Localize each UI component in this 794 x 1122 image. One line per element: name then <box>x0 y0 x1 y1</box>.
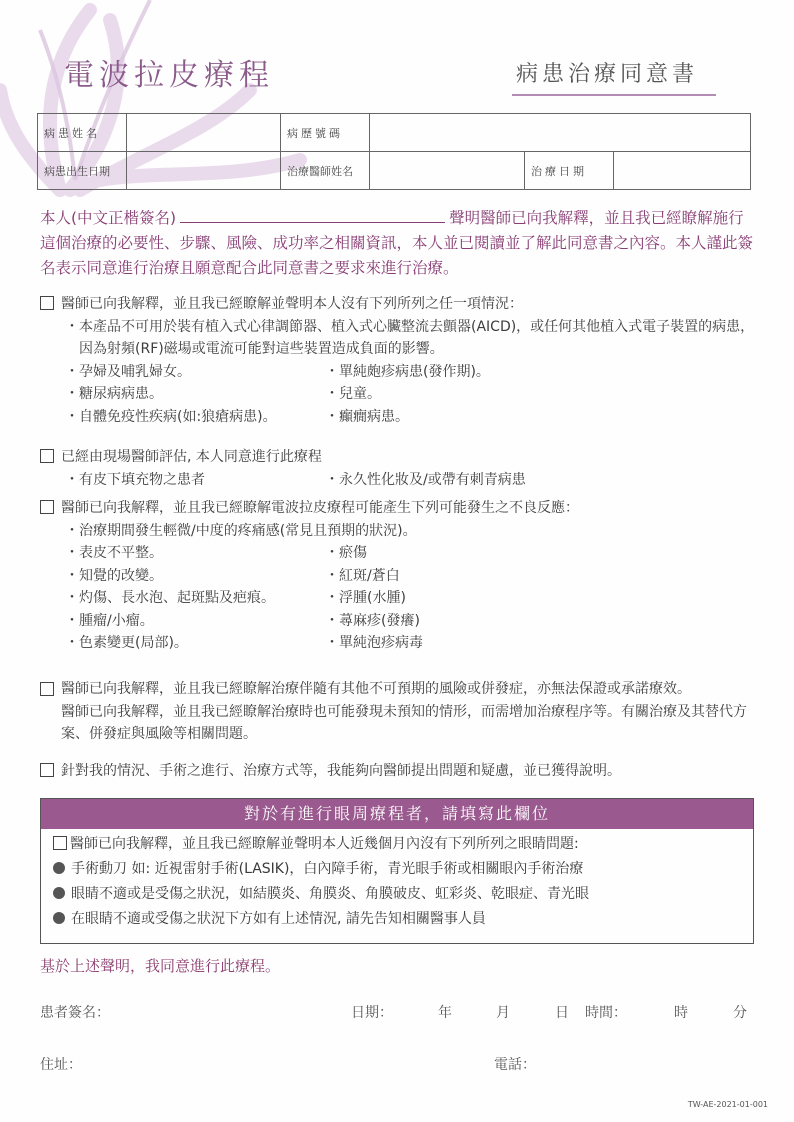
list-item: 紅斑/蒼白 <box>325 565 400 588</box>
consent-intro: 本人(中文正楷簽名)聲明醫師已向我解釋，並且我已經瞭解施行這個治療的必要性、步驟… <box>40 206 756 281</box>
list-item: 孕婦及哺乳婦女。 <box>65 361 325 384</box>
treatment-date-label: 治療日期 <box>525 152 614 190</box>
list-item: 單純泡疹病毒 <box>325 632 423 655</box>
document-subtitle: 病患治療同意書 <box>512 57 716 96</box>
section1-heading: 醫師已向我解釋，並且我已經瞭解並聲明本人沒有下列所列之任一項情況： <box>61 296 523 312</box>
checkbox-adverse-reactions[interactable] <box>40 500 54 514</box>
checkbox-contraindications[interactable] <box>40 296 54 310</box>
eye-bullet-1: 手術動刀 如: 近視雷射手術(LASIK)，白內障手術，青光眼手術或相關眼內手術… <box>71 861 583 877</box>
record-no-label: 病歷號碼 <box>281 114 370 152</box>
hour-label: 時 <box>674 1002 688 1022</box>
time-label: 時間： <box>585 1002 627 1022</box>
section1-item-implant: 本產品不可用於裝有植入式心律調節器、植入式心臟整流去顫器(AICD)，或任何其他… <box>79 316 756 361</box>
date-label: 日期： <box>351 1002 393 1022</box>
section-questions-answered: 針對我的情況、手術之進行、治療方式等，我能夠向醫師提出問題和疑慮，並已獲得說明。 <box>40 760 756 783</box>
birth-date-field[interactable] <box>127 152 281 190</box>
bullet-icon <box>53 912 65 924</box>
list-item: 癲癇病患。 <box>325 406 409 429</box>
month-label: 月 <box>496 1002 510 1022</box>
section2-heading: 已經由現場醫師評估, 本人同意進行此療程 <box>61 449 322 465</box>
list-item: 瘀傷 <box>325 542 367 565</box>
list-item: 永久性化妝及/或帶有刺青病患 <box>325 469 526 492</box>
list-item: 知覺的改變。 <box>65 565 325 588</box>
list-item: 浮腫(水腫) <box>325 587 406 610</box>
list-item: 腫瘤/小瘤。 <box>65 610 325 633</box>
section-unforeseen-risks: 醫師已向我解釋，並且我已經瞭解治療伴隨有其他不可預期的風險或併發症，亦無法保證或… <box>40 678 756 746</box>
section-adverse-reactions: 醫師已向我解釋，並且我已經瞭解電波拉皮療程可能產生下列可能發生之不良反應： 治療… <box>40 497 756 655</box>
section4-line1: 醫師已向我解釋，並且我已經瞭解治療伴隨有其他不可預期的風險或併發症，亦無法保證或… <box>61 678 756 701</box>
bullet-icon <box>53 862 65 874</box>
list-item: 糖尿病病患。 <box>65 383 325 406</box>
year-label: 年 <box>438 1002 452 1022</box>
patient-signature-label: 患者簽名： <box>40 1002 110 1022</box>
eye-checkbox-text: 醫師已向我解釋，並且我已經瞭解並聲明本人近幾個月內沒有下列所列之眼睛問題: <box>70 836 579 852</box>
list-item: 灼傷、長水泡、起斑點及疤痕。 <box>65 587 325 610</box>
doctor-name-label: 治療醫師姓名 <box>281 152 370 190</box>
list-item: 有皮下填充物之患者 <box>65 469 325 492</box>
checkbox-unforeseen-risks[interactable] <box>40 682 54 696</box>
minute-label: 分 <box>733 1002 747 1022</box>
form-code: TW-AE-2021-01-001 <box>688 1100 768 1109</box>
checkbox-eye-conditions[interactable] <box>53 836 67 850</box>
bullet-icon <box>65 316 79 361</box>
patient-name-label: 病患姓名 <box>38 114 127 152</box>
checkbox-questions-answered[interactable] <box>40 763 54 777</box>
agreement-statement: 基於上述聲明，我同意進行此療程。 <box>40 955 280 976</box>
chinese-signature-line[interactable] <box>180 208 445 223</box>
patient-info-table: 病患姓名 病歷號碼 病患出生日期 治療醫師姓名 治療日期 <box>37 113 751 190</box>
section-on-site-evaluation: 已經由現場醫師評估, 本人同意進行此療程 有皮下填充物之患者永久性化妝及/或帶有… <box>40 446 756 491</box>
address-label: 住址： <box>40 1054 82 1074</box>
section-contraindications: 醫師已向我解釋，並且我已經瞭解並聲明本人沒有下列所列之任一項情況： 本產品不可用… <box>40 293 756 428</box>
record-no-field[interactable] <box>370 114 751 152</box>
eye-bullet-3: 在眼睛不適或受傷之狀況下方如有上述情況, 請先告知相關醫事人員 <box>71 911 486 927</box>
list-item: 色素變更(局部)。 <box>65 632 325 655</box>
eye-bullet-2: 眼睛不適或是受傷之狀況，如結膜炎、角膜炎、角膜破皮、虹彩炎、乾眼症、青光眼 <box>71 886 589 902</box>
section3-heading: 醫師已向我解釋，並且我已經瞭解電波拉皮療程可能產生下列可能發生之不良反應： <box>61 500 579 516</box>
list-item: 兒童。 <box>325 383 381 406</box>
patient-name-field[interactable] <box>127 114 281 152</box>
phone-field[interactable] <box>545 1050 745 1074</box>
document-title: 電波拉皮療程 <box>64 50 274 94</box>
doctor-name-field[interactable] <box>370 152 525 190</box>
section4-line2: 醫師已向我解釋，並且我已經瞭解治療時也可能發現未預知的情形，而需增加治療程序等。… <box>61 701 756 746</box>
address-field[interactable] <box>90 1050 470 1074</box>
day-label: 日 <box>555 1002 569 1022</box>
eye-treatment-box: 對於有進行眼周療程者，請填寫此欄位 醫師已向我解釋，並且我已經瞭解並聲明本人近幾… <box>40 798 754 944</box>
birth-date-label: 病患出生日期 <box>38 152 127 190</box>
phone-label: 電話： <box>494 1054 536 1074</box>
treatment-date-field[interactable] <box>614 152 751 190</box>
eye-section-header: 對於有進行眼周療程者，請填寫此欄位 <box>41 799 753 829</box>
list-item: 蕁麻疹(發癢) <box>325 610 420 633</box>
list-item: 表皮不平整。 <box>65 542 325 565</box>
bullet-icon <box>53 887 65 899</box>
section5-text: 針對我的情況、手術之進行、治療方式等，我能夠向醫師提出問題和疑慮，並已獲得說明。 <box>61 763 621 779</box>
list-item: 治療期間發生輕微/中度的疼痛感(常見且預期的狀況)。 <box>65 520 756 543</box>
list-item: 自體免疫性疾病(如:狼瘡病患)。 <box>65 406 325 429</box>
patient-signature-field[interactable] <box>125 998 325 1022</box>
checkbox-on-site-evaluation[interactable] <box>40 449 54 463</box>
signature-prompt: 本人(中文正楷簽名) <box>40 209 176 227</box>
list-item: 單純皰疹病患(發作期)。 <box>325 361 490 384</box>
